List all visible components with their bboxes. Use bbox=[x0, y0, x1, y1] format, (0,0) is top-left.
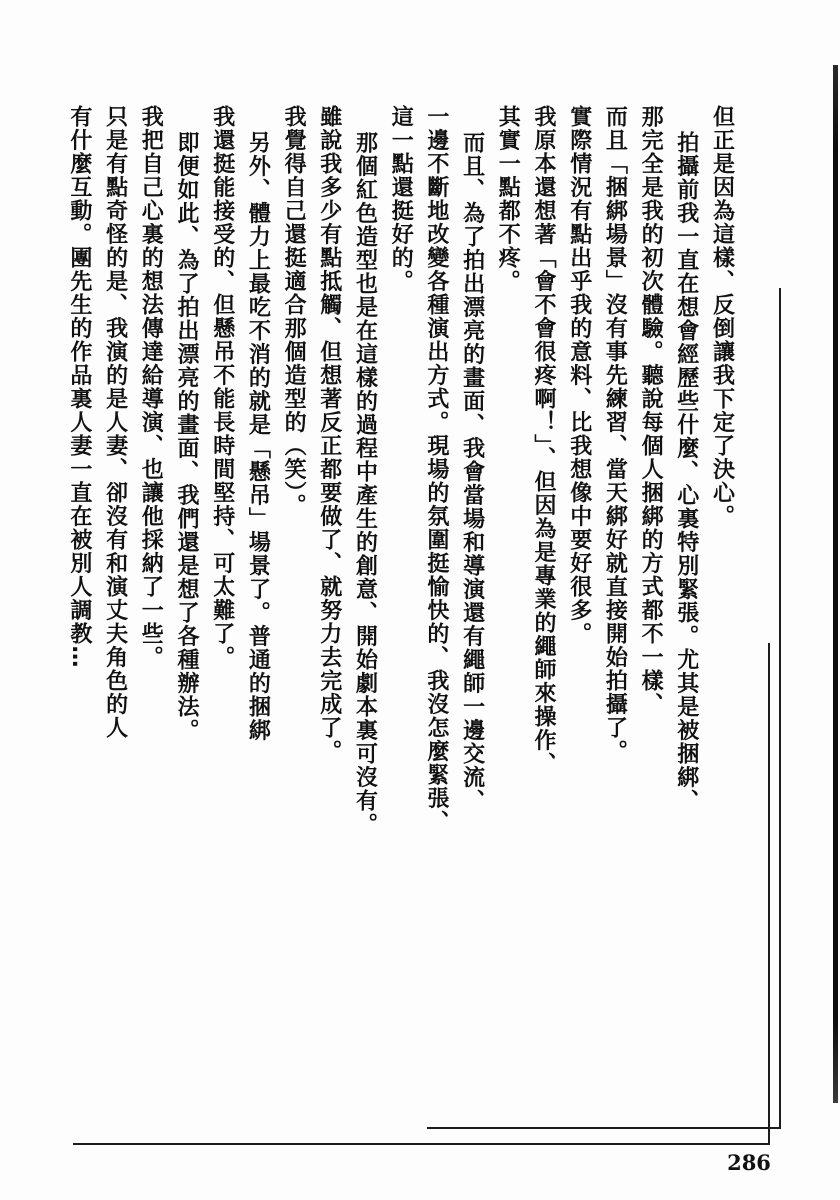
text-column: 那完全是我的初次體驗。聽說每個人捆綁的方式都不一樣、 bbox=[637, 105, 663, 716]
text-column: 一邊不斷地改變各種演出方式。現場的氛圍挺愉快的、我沒怎麼緊張、 bbox=[423, 105, 449, 834]
text-column: 但正是因為這樣、反倒讓我下定了決心。 bbox=[709, 105, 735, 528]
text-column: 有什麼互動。團先生的作品裏人妻一直在被別人調教… bbox=[66, 105, 92, 669]
text-column: 我把自己心裏的想法傳達給導演、也讓他採納了一些。 bbox=[137, 105, 163, 669]
text-column: 而且、為了拍出漂亮的畫面、我會當場和導演還有繩師一邊交流、 bbox=[459, 131, 485, 813]
text-column: 拍攝前我一直在想會經歷些什麼、心裏特別緊張。尤其是被捆綁、 bbox=[673, 131, 699, 813]
text-column: 我還挺能接受的、但懸吊不能長時間堅持、可太難了。 bbox=[209, 105, 235, 669]
text-column: 我覺得自己還挺適合那個造型的（笑）。 bbox=[280, 105, 306, 517]
article-text: 但正是因為這樣、反倒讓我下定了決心。拍攝前我一直在想會經歷些什麼、心裏特別緊張。… bbox=[0, 0, 840, 1200]
text-column: 雖說我多少有點抵觸、但想著反正都要做了、就努力去完成了。 bbox=[316, 105, 342, 763]
text-column: 另外、體力上最吃不消的就是「懸吊」場景了。普通的捆綁 bbox=[244, 131, 270, 742]
text-column: 這一點還挺好的。 bbox=[387, 105, 413, 293]
text-column: 而且「捆綁場景」沒有事先練習、當天綁好就直接開始拍攝了。 bbox=[601, 105, 627, 763]
divider-horizontal-inner bbox=[427, 1127, 781, 1129]
text-column: 我原本還想著「會不會很疼啊！」、但因為是專業的繩師來操作、 bbox=[530, 105, 556, 776]
text-column: 實際情況有點出乎我的意料、比我想像中要好很多。 bbox=[566, 105, 592, 646]
divider-horizontal-outer bbox=[73, 1143, 770, 1145]
page-number: 286 bbox=[726, 1150, 772, 1175]
divider-vertical-inner bbox=[779, 288, 781, 1129]
text-column: 即便如此、為了拍出漂亮的畫面、我們還是想了各種辦法。 bbox=[173, 131, 199, 742]
divider-vertical-outer bbox=[768, 643, 770, 1145]
text-column: 只是有點奇怪的是、我演的是人妻、卻沒有和演丈夫角色的人 bbox=[102, 105, 128, 740]
book-page: 但正是因為這樣、反倒讓我下定了決心。拍攝前我一直在想會經歷些什麼、心裏特別緊張。… bbox=[0, 0, 840, 1200]
page-edge-shadow bbox=[833, 65, 838, 1103]
text-column: 那個紅色造型也是在這樣的過程中產生的創意、開始劇本裏可沒有。 bbox=[352, 131, 378, 836]
text-column: 其實一點都不疼。 bbox=[494, 105, 520, 293]
